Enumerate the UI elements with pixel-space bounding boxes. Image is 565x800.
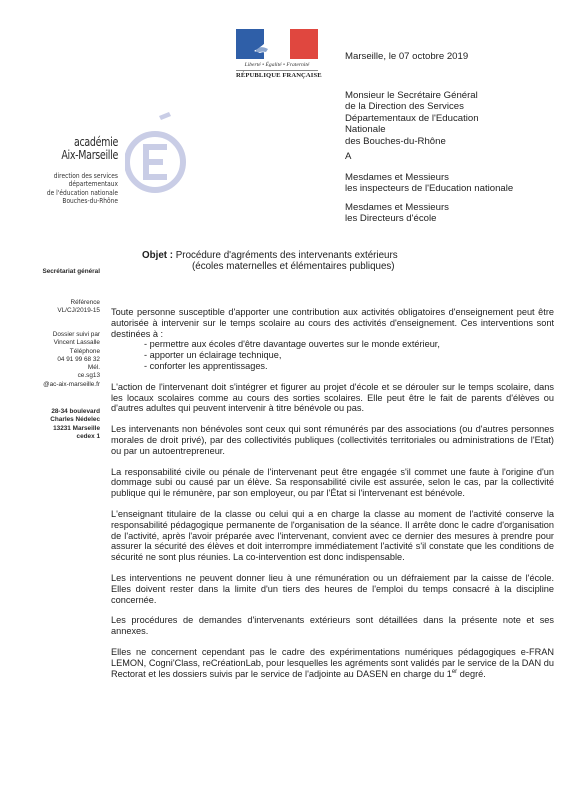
recipient-line: les inspecteurs de l'Education nationale (345, 183, 513, 194)
subject-label: Objet : (142, 250, 173, 261)
academie-name-line: Aix-Marseille (48, 149, 118, 162)
address-line: cedex 1 (10, 433, 100, 441)
postal-address: 28-34 boulevard Charles Nédelec 13231 Ma… (10, 408, 100, 441)
paragraph-text: Elles ne concernent cependant pas le cad… (111, 647, 554, 679)
mail-label: Mél. (10, 364, 100, 372)
phone-label: Téléphone (10, 348, 100, 356)
address-line: 28-34 boulevard (10, 408, 100, 416)
sender-block: Monsieur le Secrétaire Général de la Dir… (345, 90, 479, 147)
letter-date: Marseille, le 07 octobre 2019 (345, 51, 468, 62)
paragraph: L'action de l'intervenant doit s'intégre… (111, 382, 554, 414)
dossier-label: Dossier suivi par (10, 331, 100, 339)
recipient-block: Mesdames et Messieurs les inspecteurs de… (345, 172, 513, 195)
paragraph: Les intervenants non bénévoles sont ceux… (111, 424, 554, 456)
marianne-profile-icon (250, 31, 290, 59)
paragraph: Les procédures de demandes d'intervenant… (111, 615, 554, 637)
recipient-line: les Directeurs d'école (345, 213, 449, 224)
sender-line: Monsieur le Secrétaire Général (345, 90, 479, 101)
purpose-list: - permettre aux écoles d'être davantage … (111, 339, 554, 371)
list-item: - apporter un éclairage technique, (111, 350, 554, 361)
list-item: - permettre aux écoles d'être davantage … (111, 339, 554, 350)
subject-line2: (écoles maternelles et élémentaires publ… (142, 261, 398, 272)
republique-francaise-logo: Liberté • Égalité • Fraternité RÉPUBLIQU… (236, 29, 318, 83)
dossier-person: Vincent Lassalle (10, 339, 100, 347)
paragraph: La responsabilité civile ou pénale de l'… (111, 467, 554, 499)
mail-value-line1: ce.sg13 (10, 372, 100, 380)
sender-line: Nationale (345, 124, 479, 135)
paragraph: Toute personne susceptible d'apporter un… (111, 307, 554, 339)
reference-value: VL/CJ/2019-15 (10, 307, 100, 315)
reference-label: Référence (10, 299, 100, 307)
letter-subject: Objet : Procédure d'agréments des interv… (142, 250, 398, 273)
recipient-block: Mesdames et Messieurs les Directeurs d'é… (345, 202, 449, 225)
sender-line: des Bouches-du-Rhône (345, 136, 479, 147)
address-line: Charles Nédelec (10, 416, 100, 424)
republic-motto: Liberté • Égalité • Fraternité (236, 62, 318, 68)
recipient-line: Mesdames et Messieurs (345, 202, 449, 213)
addressee-label: A (345, 151, 351, 162)
academie-e-logo-icon (125, 110, 189, 200)
recipient-line: Mesdames et Messieurs (345, 172, 513, 183)
paragraph: Les interventions ne peuvent donner lieu… (111, 573, 554, 605)
paragraph: L'enseignant titulaire de la classe ou c… (111, 509, 554, 563)
republic-name: RÉPUBLIQUE FRANÇAISE (236, 70, 318, 79)
subject-line1: Procédure d'agréments des intervenants e… (176, 250, 398, 261)
address-line: 13231 Marseille (10, 425, 100, 433)
service-name: Secrétariat général (10, 268, 100, 276)
mail-value-line2: @ac-aix-marseille.fr (10, 381, 100, 389)
phone-value: 04 91 99 68 32 (10, 356, 100, 364)
direction-line: Bouches-du-Rhône (44, 197, 118, 205)
letter-body: Toute personne susceptible d'apporter un… (111, 307, 554, 689)
reference-block: Référence VL/CJ/2019-15 (10, 299, 100, 316)
sender-line: de la Direction des Services (345, 101, 479, 112)
academie-name: académie Aix-Marseille (48, 136, 118, 162)
paragraph: Elles ne concernent cependant pas le cad… (111, 647, 554, 679)
academie-direction: direction des services départementaux de… (28, 172, 118, 206)
contact-block: Dossier suivi par Vincent Lassalle Télép… (10, 331, 100, 389)
paragraph-text-end: degré. (457, 669, 486, 679)
list-item: - conforter les apprentissages. (111, 361, 554, 372)
marianne-flag-icon (236, 29, 318, 59)
sender-line: Départementaux de l'Education (345, 113, 479, 124)
service-label: Secrétariat général (10, 268, 100, 276)
